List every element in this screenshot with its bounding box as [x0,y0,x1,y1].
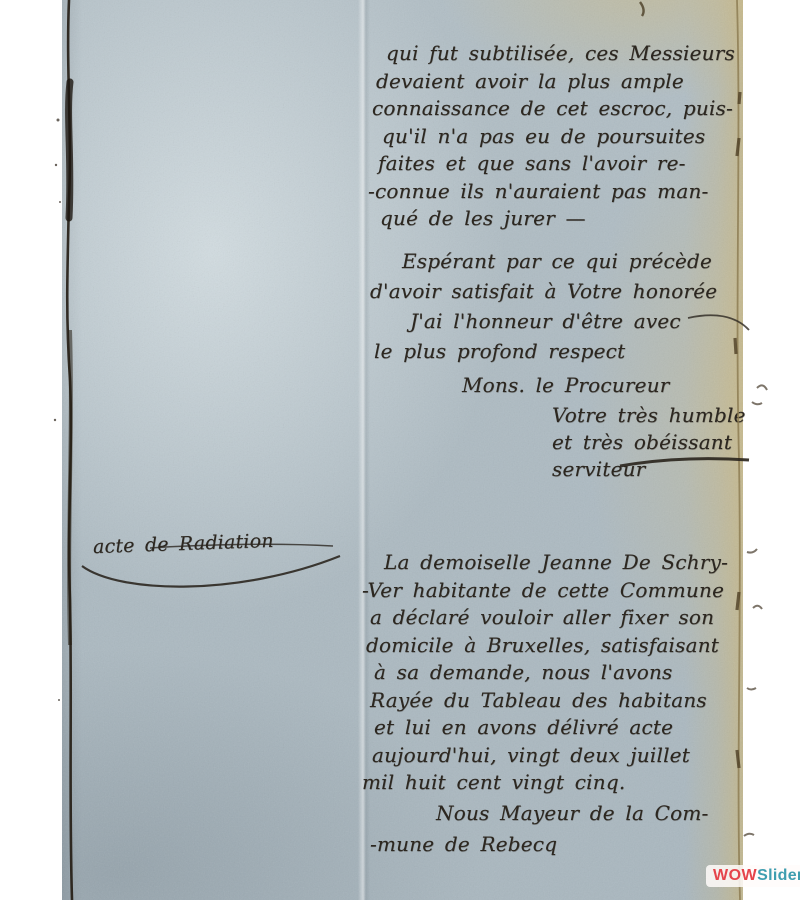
adjacent-page-ink-fragments [744,385,767,836]
manuscript-line: le plus profond respect [368,336,717,366]
manuscript-line: qui fut subtilisée, ces Messieurs [368,40,735,68]
manuscript-line: faites et que sans l'avoir re- [368,150,735,178]
manuscript-line: -Ver habitante de cette Commune [362,577,728,605]
manuscript-line: à sa demande, nous l'avons [362,659,728,687]
petition-paragraph-2: Espérant par ce qui précède d'avoir sati… [368,246,717,366]
manuscript-line: La demoiselle Jeanne De Schry- [362,549,728,577]
petition-paragraph-1: qui fut subtilisée, ces Messieurs devaie… [368,40,735,233]
manuscript-line: mil huit cent vingt cinq. [362,769,728,797]
petition-salutation: Mons. le Procureur [462,372,670,400]
petition-valediction: Votre très humble et très obéissant serv… [552,402,746,483]
manuscript-line: serviteur [552,456,746,483]
manuscript-line: domicile à Bruxelles, satisfaisant [362,632,728,660]
scan-canvas: qui fut subtilisée, ces Messieurs devaie… [0,0,800,900]
manuscript-line: aujourd'hui, vingt deux juillet [362,742,728,770]
manuscript-line: et très obéissant [552,429,746,456]
manuscript-line: qu'il n'a pas eu de poursuites [368,123,735,151]
manuscript-line: -connue ils n'auraient pas man- [368,178,735,206]
left-edge-specks [54,119,61,702]
manuscript-line: et lui en avons délivré acte [362,714,728,742]
manuscript-line: Votre très humble [552,402,746,429]
wowslider-slider-text: Slider [757,865,800,887]
manuscript-line: Rayée du Tableau des habitans [362,687,728,715]
wowslider-watermark[interactable]: WOWSlider [706,865,800,887]
manuscript-line: Nous Mayeur de la Com- [364,798,709,829]
wowslider-wow-text: WOW [713,865,757,887]
manuscript-line: -mune de Rebecq [364,829,709,860]
manuscript-line: Espérant par ce qui précède [368,246,717,276]
manuscript-line: qué de les jurer — [368,205,735,233]
manuscript-line: a déclaré vouloir aller fixer son [362,604,728,632]
manuscript-line: J'ai l'honneur d'être avec [368,306,717,336]
manuscript-line: connaissance de cet escroc, puis- [368,95,735,123]
manuscript-line: devaient avoir la plus ample [368,68,735,96]
radiation-act-closing: Nous Mayeur de la Com- -mune de Rebecq [364,798,709,860]
radiation-act-body: La demoiselle Jeanne De Schry- -Ver habi… [362,549,728,797]
manuscript-line: d'avoir satisfait à Votre honorée [368,276,717,306]
manuscript-line: Mons. le Procureur [462,372,670,400]
